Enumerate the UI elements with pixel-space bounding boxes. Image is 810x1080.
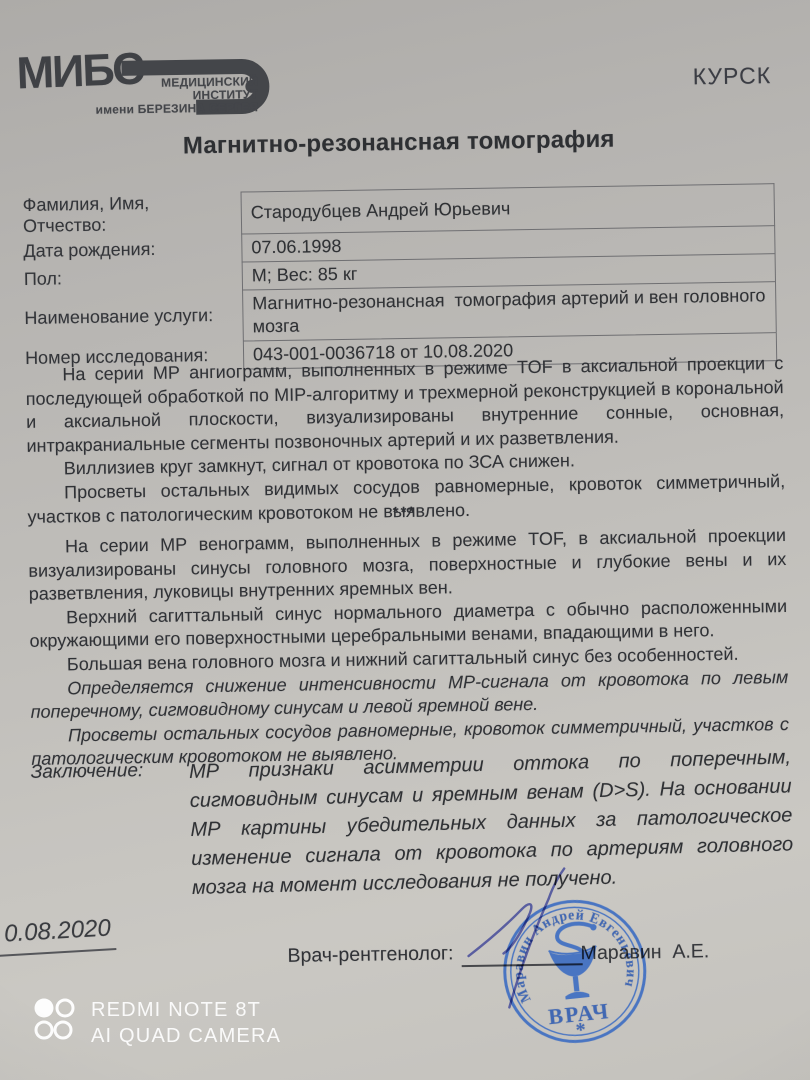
doctor-title-label: Врач-рентгенолог:: [287, 942, 453, 968]
watermark-line2: AI QUAD CAMERA: [91, 1024, 281, 1050]
camera-watermark: REDMI NOTE 8T AI QUAD CAMERA: [34, 998, 281, 1049]
field-label: Наименование услуги:: [24, 305, 242, 329]
signature: [435, 860, 597, 1022]
clinic-name-line1: МЕДИЦИНСКИЙ ИНСТИТУТ: [93, 75, 258, 104]
field-label: Пол:: [24, 265, 242, 289]
mri-report-paper: МИБС МЕДИЦИНСКИЙ ИНСТИТУТ имени БЕРЕЗИНА…: [0, 0, 810, 1080]
quad-camera-icon: [34, 998, 78, 1046]
clinic-name-line2: имени БЕРЕЗИНА СЕРГЕЯ: [93, 101, 258, 117]
field-value: Магнитно-резонансная томография артерий …: [242, 281, 777, 340]
clinic-name: МЕДИЦИНСКИЙ ИНСТИТУТ имени БЕРЕЗИНА СЕРГ…: [93, 75, 259, 117]
document-photo: МИБС МЕДИЦИНСКИЙ ИНСТИТУТ имени БЕРЕЗИНА…: [0, 0, 810, 1080]
veins-section: На серии МР венограмм, выполненных в реж…: [28, 524, 790, 772]
exam-date: 0.08.2020: [3, 914, 111, 948]
city-label: КУРСК: [693, 62, 772, 90]
field-label: Фамилия, Имя, Отчество:: [23, 192, 242, 237]
report-title: Магнитно-резонансная томография: [0, 123, 804, 164]
watermark-line1: REDMI NOTE 8T: [91, 998, 281, 1024]
date-underline: [0, 948, 116, 957]
field-label: Дата рождения:: [23, 237, 241, 261]
patient-table: Фамилия, Имя, Отчество: Стародубцев Андр…: [23, 183, 778, 373]
report-paragraph: На серии МР ангиограмм, выполненных в ре…: [25, 352, 784, 458]
report-paragraph: На серии МР венограмм, выполненных в реж…: [28, 524, 787, 607]
watermark-text: REDMI NOTE 8T AI QUAD CAMERA: [91, 998, 281, 1049]
conclusion-label: Заключение:: [30, 760, 143, 784]
stamp-star: *: [575, 1019, 587, 1042]
